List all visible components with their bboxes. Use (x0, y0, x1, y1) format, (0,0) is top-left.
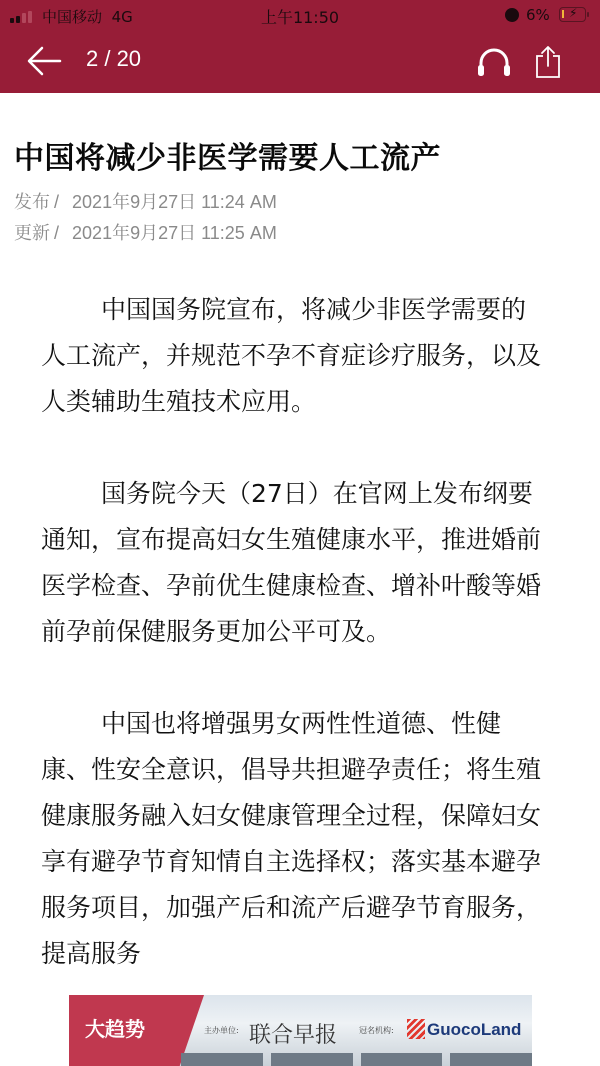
published-date: 发布/ 2021年9月27日 11:24 AM (14, 188, 277, 214)
sponsor-logo: GuocoLand (427, 1020, 521, 1040)
share-icon (532, 44, 564, 80)
page-indicator: 2 / 20 (86, 46, 141, 72)
updated-label: 更新 (14, 223, 50, 243)
alarm-icon (505, 8, 519, 22)
paragraph: 中国也将增强男女两性性道德、性健康、性安全意识，倡导共担避孕责任；将生殖健康服务… (41, 701, 541, 977)
share-button[interactable] (532, 44, 564, 80)
ad-brand: 大趋势 (85, 1013, 145, 1042)
ad-photo-strip (181, 1053, 532, 1066)
listen-button[interactable] (476, 46, 512, 78)
paragraph: 国务院今天（27日）在官网上发布纲要通知，宣布提高妇女生殖健康水平，推进婚前医学… (41, 471, 541, 655)
published-value: 2021年9月27日 11:24 AM (72, 192, 277, 212)
article-body: 中国国务院宣布，将减少非医学需要的人工流产，并规范不孕不育症诊疗服务，以及人类辅… (41, 287, 541, 1023)
app-header: 中国移动 4G 上午11:50 6% ⚡ 2 / 20 (0, 0, 600, 93)
arrow-left-icon (24, 44, 64, 78)
sponsor-label: 冠名机构: (359, 1025, 394, 1036)
updated-date: 更新/ 2021年9月27日 11:25 AM (14, 219, 277, 245)
published-label: 发布 (14, 192, 50, 212)
navigation-bar: 2 / 20 (0, 32, 600, 93)
battery-charging-icon: ⚡ (559, 7, 586, 22)
battery-percent: 6% (526, 6, 550, 24)
battery-tip (587, 12, 589, 17)
headphones-icon (476, 46, 512, 78)
ad-banner[interactable]: 大趋势 主办单位: 联合早报 冠名机构: GuocoLand (69, 995, 532, 1066)
back-button[interactable] (24, 44, 64, 78)
organizer-label: 主办单位: (204, 1025, 239, 1036)
guocoland-logo-icon (407, 1019, 425, 1039)
updated-value: 2021年9月27日 11:25 AM (72, 223, 277, 243)
article-title: 中国将减少非医学需要人工流产 (14, 133, 441, 177)
status-bar: 中国移动 4G 上午11:50 6% ⚡ (0, 0, 600, 32)
paragraph: 中国国务院宣布，将减少非医学需要的人工流产，并规范不孕不育症诊疗服务，以及人类辅… (41, 287, 541, 425)
organizer-logo: 联合早报 (249, 1018, 337, 1049)
